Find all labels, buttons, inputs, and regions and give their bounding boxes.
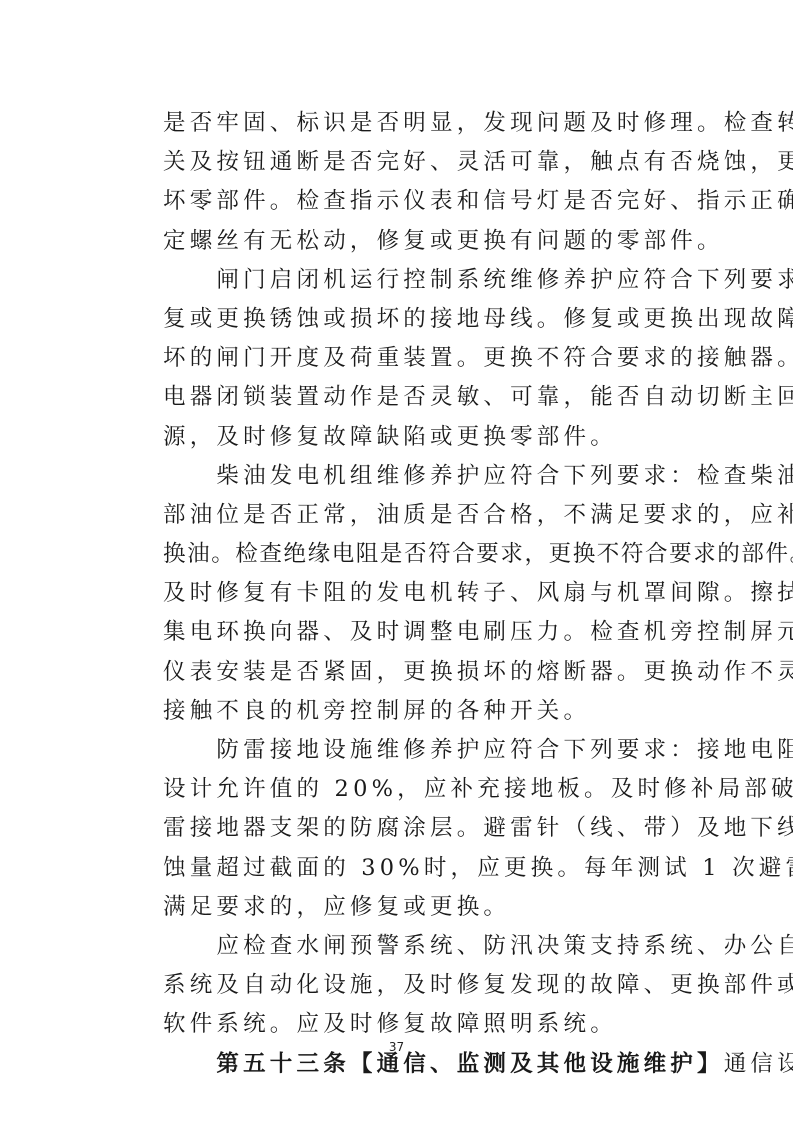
text-line: 定螺丝有无松动，修复或更换有问题的零部件。 xyxy=(163,222,675,261)
text-line: 部油位是否正常，油质是否合格，不满足要求的，应补油或 xyxy=(163,496,675,535)
text-line: 坏的闸门开度及荷重装置。更换不符合要求的接触器。检查 xyxy=(163,339,675,378)
text-line: 软件系统。应及时修复故障照明系统。 xyxy=(163,1005,675,1044)
page-number: 37 xyxy=(0,1040,793,1054)
text-line: 复或更换锈蚀或损坏的接地母线。修复或更换出现故障或损 xyxy=(163,300,675,339)
text-line: 集电环换向器、及时调整电刷压力。检查机旁控制屏元件和 xyxy=(163,613,675,652)
text-line: 及时修复有卡阻的发电机转子、风扇与机罩间隙。擦拭干净 xyxy=(163,574,675,613)
text-line: 接触不良的机旁控制屏的各种开关。 xyxy=(163,692,675,731)
text-line: 闸门启闭机运行控制系统维修养护应符合下列要求：修 xyxy=(163,261,675,300)
text-line: 满足要求的，应修复或更换。 xyxy=(163,888,675,927)
text-line: 电器闭锁装置动作是否灵敏、可靠，能否自动切断主回路电 xyxy=(163,378,675,417)
article-text: 通信设施的 xyxy=(724,1051,793,1077)
text-line: 是否牢固、标识是否明显，发现问题及时修理。检查转换开 xyxy=(163,104,675,143)
document-body: 是否牢固、标识是否明显，发现问题及时修理。检查转换开 关及按钮通断是否完好、灵活… xyxy=(163,104,675,1084)
text-line: 仪表安装是否紧固，更换损坏的熔断器。更换动作不灵活、 xyxy=(163,653,675,692)
text-line: 关及按钮通断是否完好、灵活可靠，触点有否烧蚀，更换损 xyxy=(163,143,675,182)
text-line: 源，及时修复故障缺陷或更换零部件。 xyxy=(163,418,675,457)
text-line: 柴油发电机组维修养护应符合下列要求：检查柴油机各 xyxy=(163,457,675,496)
text-line: 蚀量超过截面的 30%时，应更换。每年测试 1 次避雷器，不 xyxy=(163,849,675,888)
text-line: 系统及自动化设施，及时修复发现的故障、更换部件或更新 xyxy=(163,966,675,1005)
text-line: 应检查水闸预警系统、防汛决策支持系统、办公自动化 xyxy=(163,927,675,966)
text-line: 防雷接地设施维修养护应符合下列要求：接地电阻超过 xyxy=(163,731,675,770)
text-line: 换油。检查绝缘电阻是否符合要求，更换不符合要求的部件。 xyxy=(163,535,675,574)
text-line: 雷接地器支架的防腐涂层。避雷针（线、带）及地下线的腐 xyxy=(163,809,675,848)
text-line: 坏零部件。检查指示仪表和信号灯是否完好、指示正确，固 xyxy=(163,182,675,221)
text-line: 设计允许值的 20%，应补充接地板。及时修补局部破损的防 xyxy=(163,770,675,809)
article-heading: 第五十三条【通信、监测及其他设施维护】 xyxy=(163,1051,724,1077)
